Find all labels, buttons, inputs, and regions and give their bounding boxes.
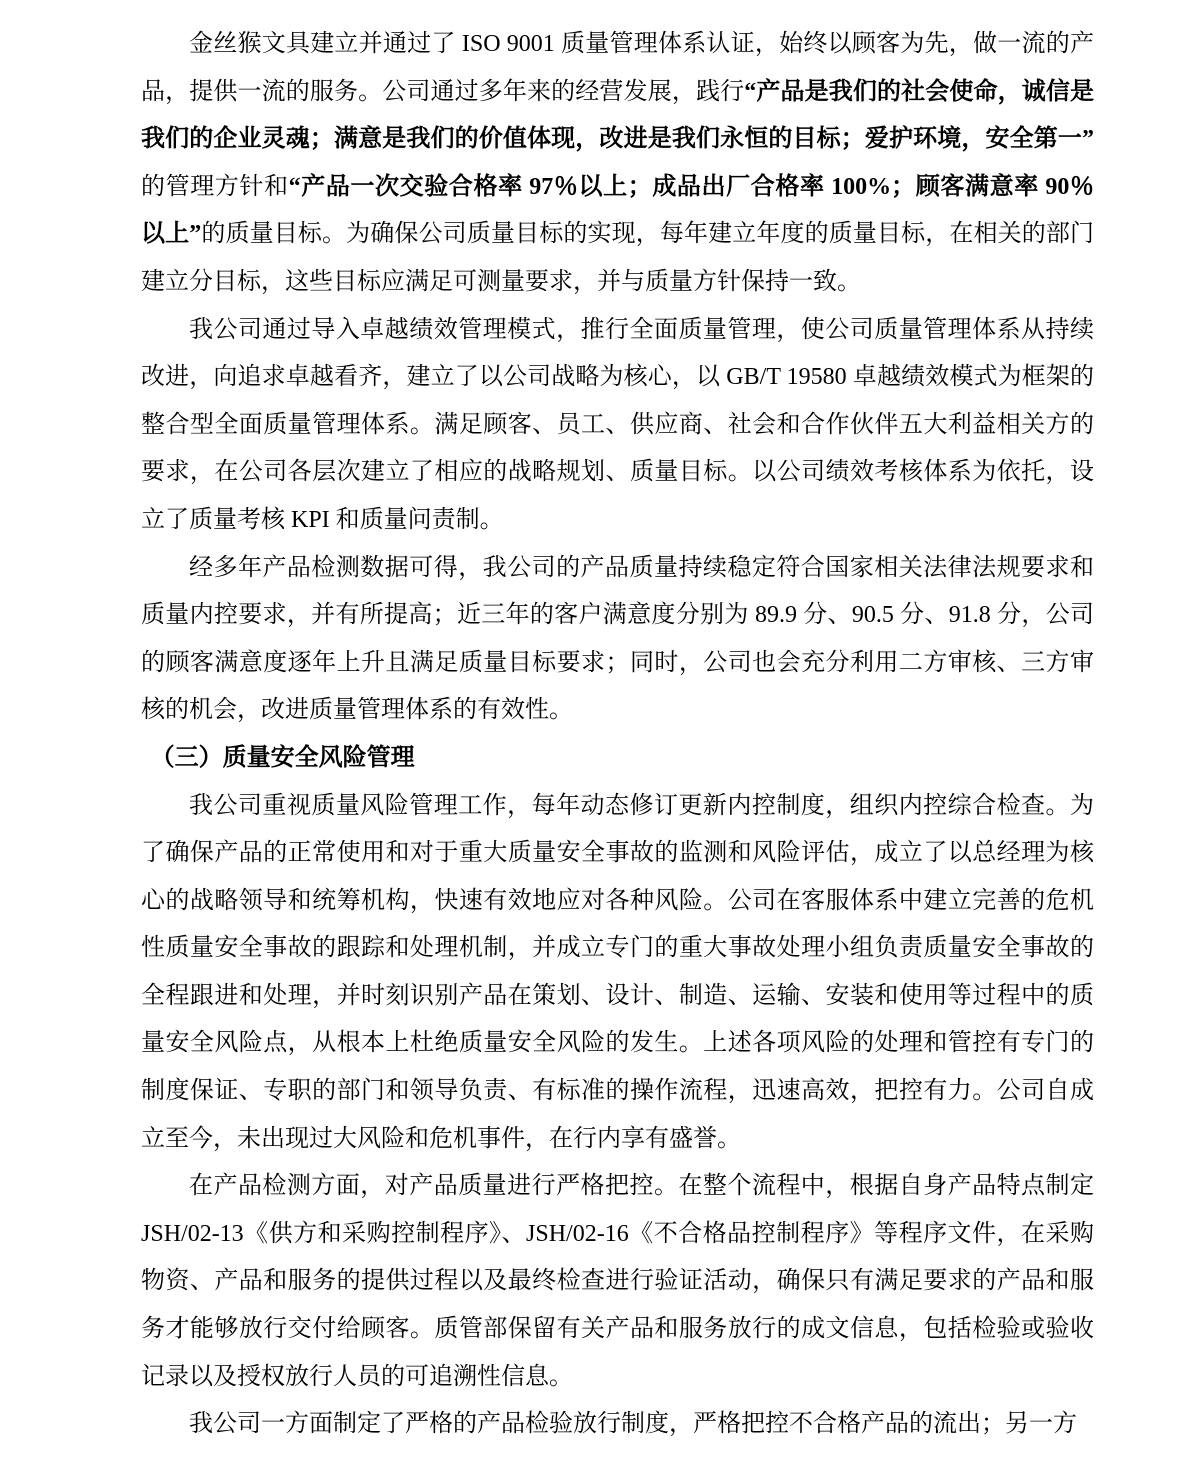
document-page: 金丝猴文具建立并通过了 ISO 9001 质量管理体系认证，始终以顾客为先，做一… [0,0,1200,1457]
paragraph-performance-excellence: 我公司通过导入卓越绩效管理模式，推行全面质量管理，使公司质量管理体系从持续改进，… [141,307,1094,545]
paragraph-product-testing-data: 经多年产品检测数据可得，我公司的产品质量持续稳定符合国家相关法律法规要求和质量内… [141,545,1094,735]
paragraph-risk-management: 我公司重视质量风险管理工作，每年动态修订更新内控制度，组织内控综合检查。为了确保… [141,783,1094,1164]
text-run: 的管理方针和 [141,174,289,200]
paragraph-quality-policy: 金丝猴文具建立并通过了 ISO 9001 质量管理体系认证，始终以顾客为先，做一… [141,21,1094,307]
paragraph-release-system-partial: 我公司一方面制定了严格的产品检验放行制度，严格把控不合格产品的流出；另一方 [141,1401,1094,1449]
paragraph-product-inspection-control: 在产品检测方面，对产品质量进行严格把控。在整个流程中，根据自身产品特点制定 JS… [141,1163,1094,1401]
section-heading-quality-safety-risk: （三）质量安全风险管理 [141,735,1094,783]
text-run: 的质量目标。为确保公司质量目标的实现，每年建立年度的质量目标，在相关的部门建立分… [141,221,1094,295]
